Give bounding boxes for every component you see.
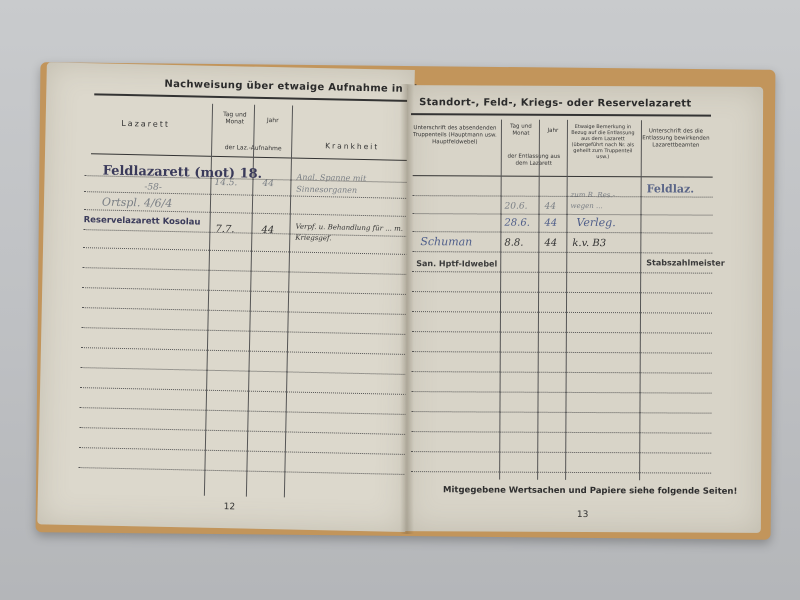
remark-text: zum R. Res.- wegen ... <box>571 190 639 212</box>
column-header-jahr: Jahr <box>258 117 288 125</box>
ruled-line <box>411 431 711 434</box>
diagnosis-text: Anal. Spanne mit Sinnesorganen <box>296 172 396 198</box>
ruled-line <box>412 213 712 216</box>
column-header-lazarett: Lazarett <box>96 119 196 128</box>
ruled-line <box>80 407 406 415</box>
ruled-line <box>83 247 409 255</box>
ruled-line <box>79 427 405 435</box>
column-line <box>204 104 213 496</box>
discharge-year: 44 <box>545 202 557 212</box>
left-page-title: Nachweisung über etwaige Aufnahme in ein <box>164 79 425 95</box>
ruled-line <box>412 251 712 254</box>
remark-text: k.v. B3 <box>572 238 606 249</box>
ruled-line <box>412 311 712 314</box>
ruled-line <box>78 467 404 475</box>
header-divider <box>413 175 713 178</box>
discharge-year: 44 <box>544 238 557 249</box>
ruled-line <box>82 287 408 295</box>
ruled-line <box>412 351 712 354</box>
column-line <box>565 120 568 480</box>
stamp-rank-left: San. Hptf-Idwebel <box>416 259 497 268</box>
ruled-line <box>81 347 407 355</box>
ruled-line <box>411 471 711 474</box>
stamp-reservelazarett: Reservelazarett Kosolau <box>84 215 201 227</box>
ruled-line <box>83 267 409 275</box>
left-page: Nachweisung über etwaige Aufnahme in ein… <box>37 62 415 532</box>
remark-text: Verleg. <box>576 216 615 229</box>
discharge-day-month: 28.6. <box>504 218 530 229</box>
divider <box>411 113 711 116</box>
ruled-line <box>80 387 406 395</box>
unit-number: -58- <box>144 182 162 192</box>
ruled-line <box>412 371 712 374</box>
discharge-day-month: 8.8. <box>504 238 523 249</box>
ruled-line <box>412 391 712 394</box>
footer-note: Mitgegebene Wertsachen und Papiere siehe… <box>443 485 737 497</box>
column-header-signature-unit: Unterschrift des absendenden Truppenteil… <box>413 125 497 146</box>
column-line <box>639 120 642 480</box>
ruled-line <box>412 231 712 234</box>
column-header-tag-monat: Tag und Monat <box>503 124 539 138</box>
ruled-line <box>413 195 713 198</box>
column-header-tag-monat: Tag und Monat <box>216 111 254 126</box>
page-number: 12 <box>224 502 236 512</box>
column-header-krankheit: Krankheit <box>307 142 397 151</box>
column-line <box>537 120 540 480</box>
discharge-day-month: 20.6. <box>505 202 528 212</box>
ruled-line <box>411 411 711 414</box>
discharge-year: 44 <box>544 218 557 229</box>
ruled-line <box>412 331 712 334</box>
column-line <box>499 120 502 480</box>
ruled-line <box>81 327 407 335</box>
ruled-line <box>79 447 405 455</box>
right-page: Standort-, Feld-, Kriegs- oder Reservela… <box>405 85 763 533</box>
admission-day-month: 7.7. <box>215 224 234 235</box>
column-header-signature-official: Unterschrift des die Entlassung bewirken… <box>641 128 711 149</box>
right-page-title: Standort-, Feld-, Kriegs- oder Reservela… <box>419 97 691 109</box>
admission-year: 44 <box>262 179 274 189</box>
column-header-bemerkung: Etwaige Bemerkung in Bezug auf die Entla… <box>567 124 639 160</box>
admission-day-month: 14.5. <box>214 178 237 188</box>
ruled-line <box>412 271 712 274</box>
column-header-entlassung: der Entlassung aus dem Lazarett <box>501 154 567 168</box>
handwritten-signature: Schuman <box>420 235 472 248</box>
ruled-line <box>412 291 712 294</box>
column-line <box>284 105 293 497</box>
handwritten-location: Ortspl. 4/6/4 <box>102 196 173 210</box>
divider <box>94 93 412 101</box>
booklet-spine <box>400 84 414 534</box>
admission-year: 44 <box>261 225 274 236</box>
page-number: 13 <box>577 510 589 520</box>
signature-stamp: Feldlaz. <box>647 182 695 195</box>
stamp-rank-right: Stabszahlmeister <box>646 258 724 267</box>
column-line <box>246 105 255 497</box>
header-divider <box>91 153 411 161</box>
ruled-line <box>81 367 407 375</box>
ruled-line <box>411 451 711 454</box>
ruled-line <box>82 307 408 315</box>
column-header-jahr: Jahr <box>541 128 565 135</box>
